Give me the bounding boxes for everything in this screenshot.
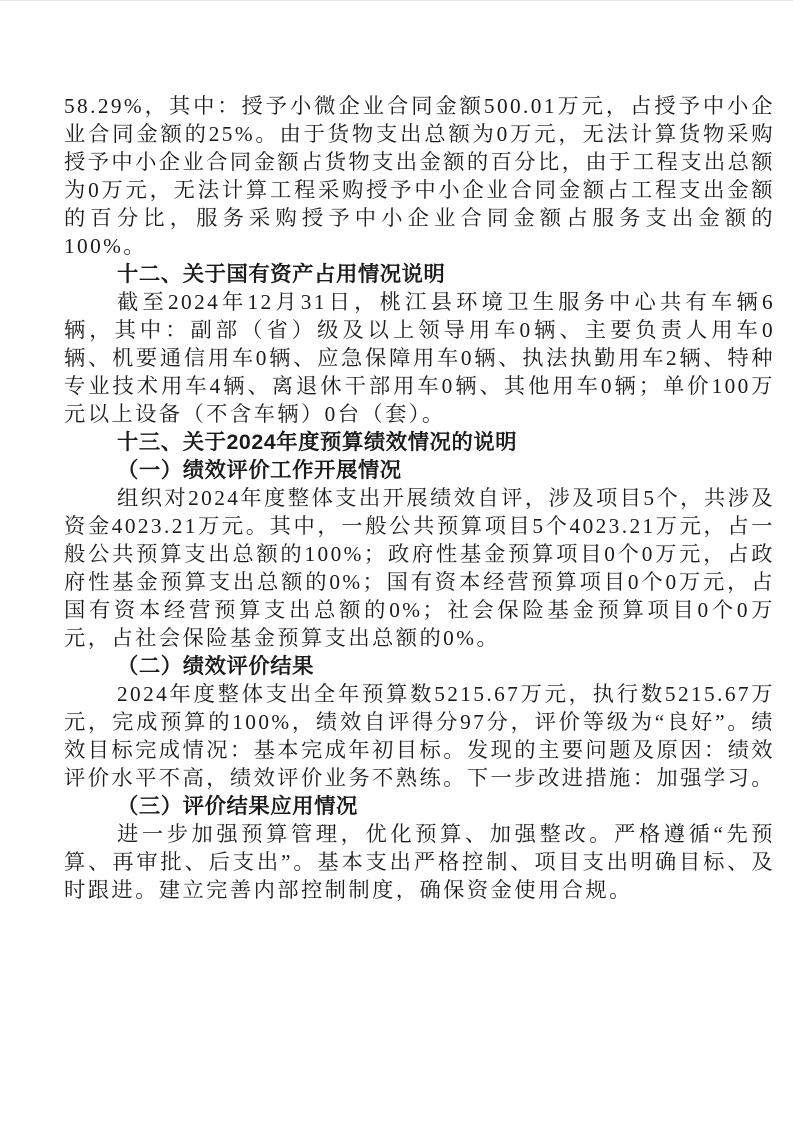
subsection-heading-3-results-application: （三）评价结果应用情况 [64,792,775,820]
section-heading-13-budget-performance: 十三、关于2024年度预算绩效情况的说明 [64,428,775,456]
paragraph-evaluation-results-details: 2024年度整体支出全年预算数5215.67万元，执行数5215.67万元，完成… [64,680,775,792]
paragraph-results-application-details: 进一步加强预算管理，优化预算、加强整改。严格遵循“先预算、再审批、后支出”。基本… [64,820,775,904]
paragraph-state-assets-vehicles: 截至2024年12月31日，桃江县环境卫生服务中心共有车辆6辆，其中：副部（省）… [64,288,775,428]
paragraph-evaluation-work-details: 组织对2024年度整体支出开展绩效自评，涉及项目5个，共涉及资金4023.21万… [64,484,775,652]
paragraph-procurement-smes-continuation: 58.29%，其中：授予小微企业合同金额500.01万元，占授予中小企业合同金额… [64,92,775,260]
document-page: 58.29%，其中：授予小微企业合同金额500.01万元，占授予中小企业合同金额… [0,1,793,1123]
subsection-heading-2-evaluation-results: （二）绩效评价结果 [64,652,775,680]
section-heading-12-state-assets: 十二、关于国有资产占用情况说明 [64,260,775,288]
subsection-heading-1-evaluation-work: （一）绩效评价工作开展情况 [64,456,775,484]
